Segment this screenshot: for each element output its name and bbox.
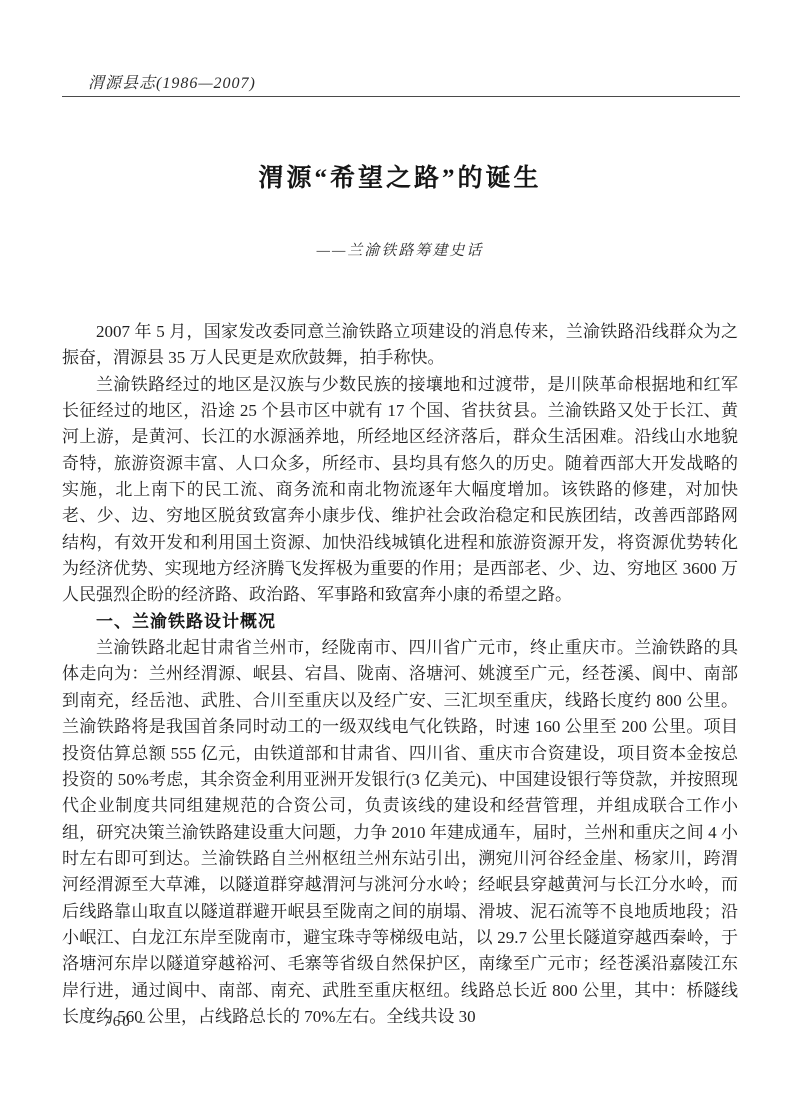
article-subtitle: ——兰渝铁路筹建史话 — [62, 241, 738, 262]
paragraph: 兰渝铁路北起甘肃省兰州市，经陇南市、四川省广元市，终止重庆市。兰渝铁路的具体走向… — [62, 635, 738, 1030]
paragraph: 兰渝铁路经过的地区是汉族与少数民族的接壤地和过渡带，是川陕革命根据地和红军长征经… — [62, 372, 738, 609]
article-title: 渭源“希望之路”的诞生 — [62, 163, 738, 195]
article-body: 2007 年 5 月，国家发改委同意兰渝铁路立项建设的消息传来，兰渝铁路沿线群众… — [62, 319, 738, 1030]
header-rule — [62, 96, 740, 97]
running-header-book-title: 渭源县志(1986—2007) — [88, 70, 256, 93]
article: 渭源“希望之路”的诞生 ——兰渝铁路筹建史话 2007 年 5 月，国家发改委同… — [62, 163, 738, 1030]
paragraph: 2007 年 5 月，国家发改委同意兰渝铁路立项建设的消息传来，兰渝铁路沿线群众… — [62, 319, 738, 372]
section-heading: 一、兰渝铁路设计概况 — [62, 609, 738, 635]
page-number: – 760 – — [88, 1014, 147, 1031]
document-page: 渭源县志(1986—2007) 渭源“希望之路”的诞生 ——兰渝铁路筹建史话 2… — [0, 0, 800, 1093]
